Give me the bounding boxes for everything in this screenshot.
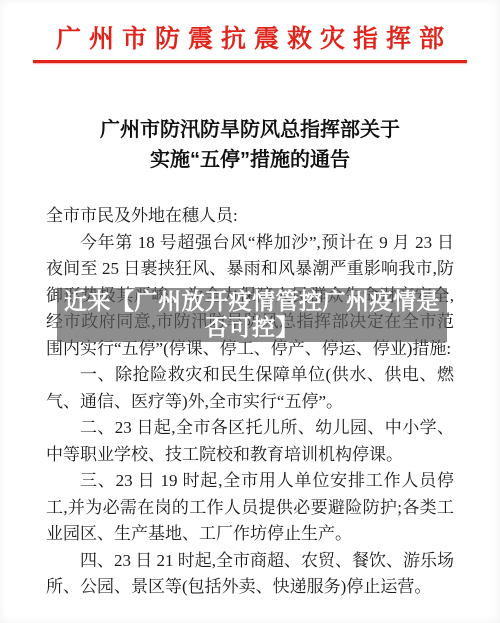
notice-paragraph-item-4: 四、23 日 21 时起,全市商超、农贸、餐饮、游乐场所、公园、景区等(包括外卖… — [46, 548, 454, 601]
salutation-line: 全市市民及外地在穗人员: — [46, 203, 454, 230]
caption-overlay: 近来【广州放开疫情管控广州疫情是否可控】 — [57, 288, 447, 342]
notice-paragraph-item-1: 一、除抢险救灾和民生保障单位(供水、供电、燃气、通信、医疗等)外,全市实行“五停… — [46, 362, 454, 415]
letterhead-divider — [33, 60, 467, 63]
notice-body: 全市市民及外地在穗人员: 今年第 18 号超强台风“桦加沙”,预计在 9 月 2… — [46, 203, 454, 601]
notice-title: 广州市防汛防旱防风总指挥部关于实施“五停”措施的通告 — [94, 115, 406, 175]
letterhead: 广州市防震抗震救灾指挥部 — [0, 0, 500, 63]
notice-paragraph-item-2: 二、23 日起,全市各区托儿所、幼儿园、中小学、中等职业学校、技工院校和教育培训… — [46, 415, 454, 468]
notice-paragraph-item-3: 三、23 日 19 时起,全市用人单位安排工作人员停工,并为必需在岗的工作人员提… — [46, 468, 454, 548]
document-page: 广州市防震抗震救灾指挥部 广州市防汛防旱防风总指挥部关于实施“五停”措施的通告 … — [0, 0, 500, 623]
letterhead-agency-name: 广州市防震抗震救灾指挥部 — [0, 24, 500, 54]
caption-overlay-text: 近来【广州放开疫情管控广州疫情是否可控】 — [59, 289, 445, 340]
